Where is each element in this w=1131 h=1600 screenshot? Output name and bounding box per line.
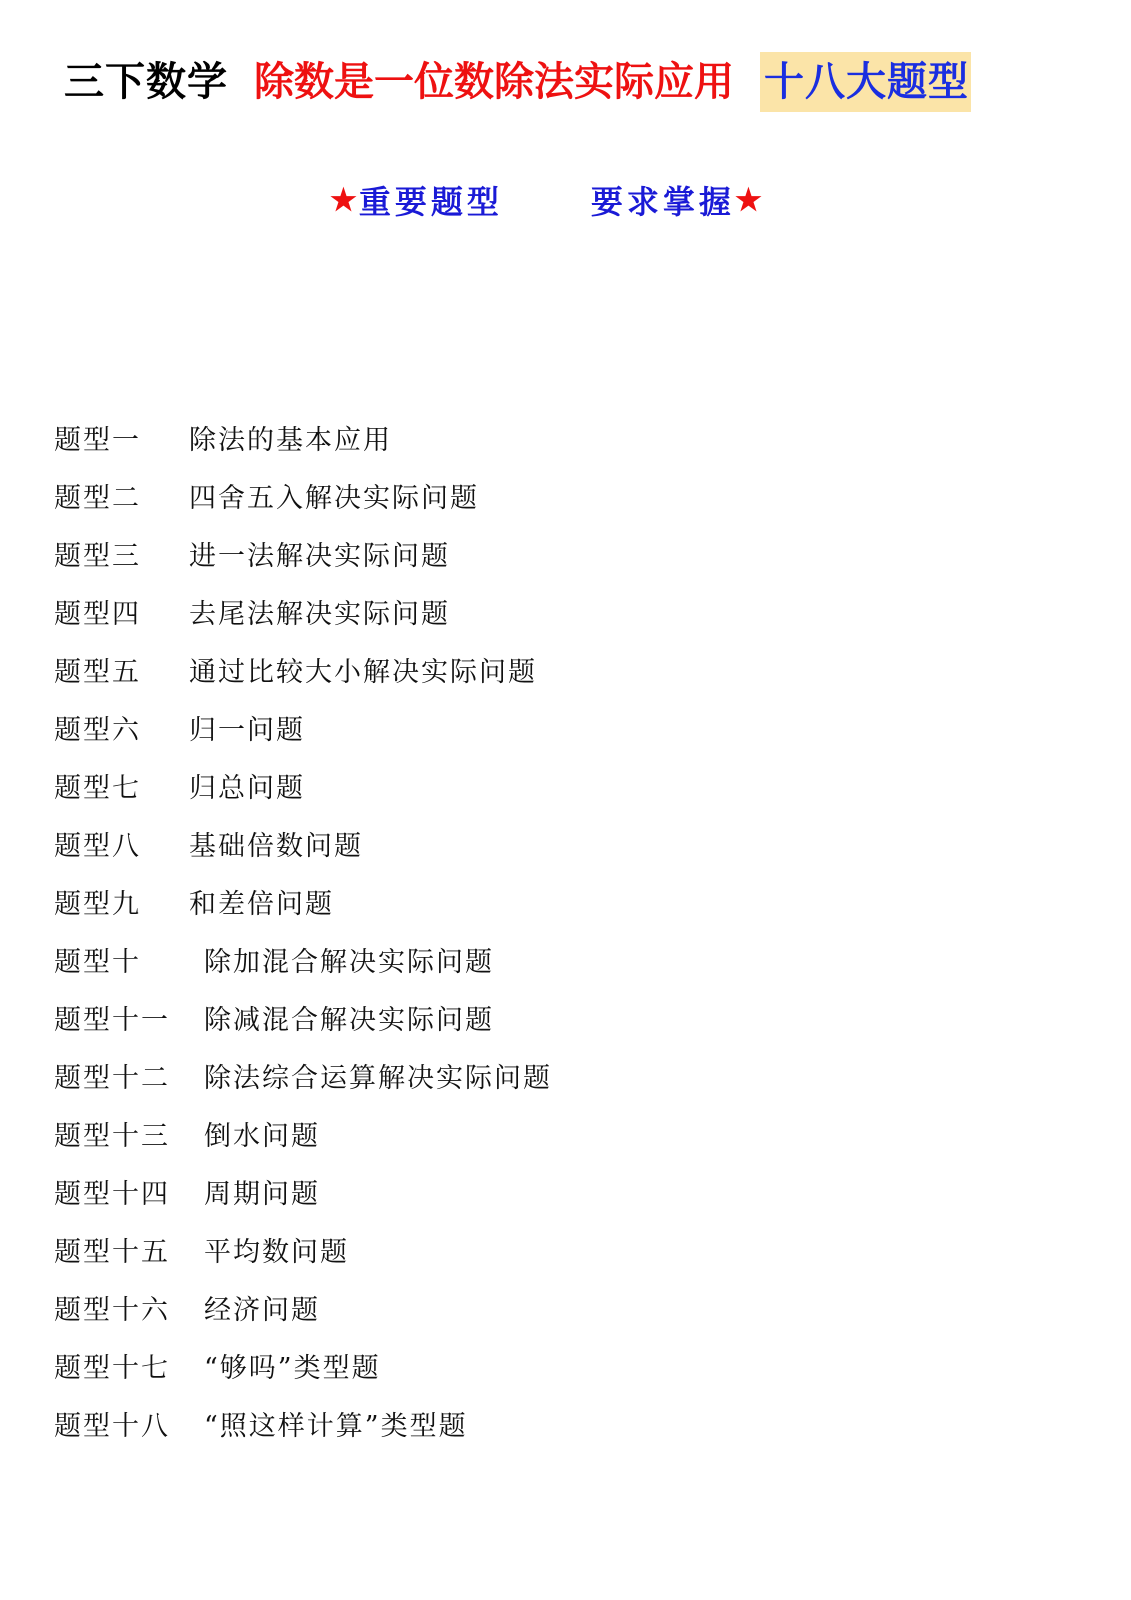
- topic-label: 题型八: [54, 824, 189, 863]
- topic-label: 题型七: [54, 766, 189, 805]
- topic-text: 进一法解决实际问题: [189, 534, 450, 573]
- list-item: 题型十一除减混合解决实际问题: [54, 988, 552, 1046]
- topic-text: 除减混合解决实际问题: [204, 998, 494, 1037]
- title-subject: 三下数学: [64, 52, 228, 112]
- topic-text: 四舍五入解决实际问题: [189, 476, 479, 515]
- list-item: 题型十六经济问题: [54, 1278, 552, 1336]
- topic-text: 除法的基本应用: [189, 418, 392, 457]
- topic-text: 倒水问题: [204, 1114, 320, 1153]
- subtitle: ★ 重要题型 要求掌握 ★: [330, 176, 762, 224]
- topic-text: 周期问题: [204, 1172, 320, 1211]
- topic-label: 题型二: [54, 476, 189, 515]
- topic-label: 题型十七: [54, 1346, 204, 1385]
- title-topic: 除数是一位数除法实际应用: [254, 52, 734, 112]
- subtitle-left: 重要题型: [359, 177, 503, 223]
- topic-text: 除法综合运算解决实际问题: [204, 1056, 552, 1095]
- topic-text: 和差倍问题: [189, 882, 334, 921]
- topic-label: 题型一: [54, 418, 189, 457]
- title-highlight: 十八大题型: [760, 52, 971, 112]
- list-item: 题型三进一法解决实际问题: [54, 524, 552, 582]
- topic-label: 题型四: [54, 592, 189, 631]
- topic-label: 题型十: [54, 940, 204, 979]
- topic-text: 基础倍数问题: [189, 824, 363, 863]
- list-item: 题型五通过比较大小解决实际问题: [54, 640, 552, 698]
- topic-text: “照这样计算”类型题: [204, 1404, 468, 1443]
- topic-label: 题型六: [54, 708, 189, 747]
- topic-text: 归一问题: [189, 708, 305, 747]
- topic-label: 题型十三: [54, 1114, 204, 1153]
- star-icon: ★: [330, 183, 357, 218]
- list-item: 题型十五平均数问题: [54, 1220, 552, 1278]
- topic-text: 归总问题: [189, 766, 305, 805]
- topic-label: 题型三: [54, 534, 189, 573]
- topic-list: 题型一除法的基本应用 题型二四舍五入解决实际问题 题型三进一法解决实际问题 题型…: [54, 408, 552, 1452]
- list-item: 题型一除法的基本应用: [54, 408, 552, 466]
- list-item: 题型七归总问题: [54, 756, 552, 814]
- topic-text: 通过比较大小解决实际问题: [189, 650, 537, 689]
- list-item: 题型四去尾法解决实际问题: [54, 582, 552, 640]
- list-item: 题型二四舍五入解决实际问题: [54, 466, 552, 524]
- list-item: 题型十二除法综合运算解决实际问题: [54, 1046, 552, 1104]
- topic-label: 题型十二: [54, 1056, 204, 1095]
- topic-label: 题型十八: [54, 1404, 204, 1443]
- list-item: 题型六归一问题: [54, 698, 552, 756]
- topic-label: 题型九: [54, 882, 189, 921]
- topic-text: 平均数问题: [204, 1230, 349, 1269]
- topic-label: 题型十五: [54, 1230, 204, 1269]
- topic-label: 题型五: [54, 650, 189, 689]
- topic-label: 题型十六: [54, 1288, 204, 1327]
- topic-text: 经济问题: [204, 1288, 320, 1327]
- list-item: 题型十四周期问题: [54, 1162, 552, 1220]
- list-item: 题型八基础倍数问题: [54, 814, 552, 872]
- subtitle-right: 要求掌握: [591, 177, 735, 223]
- list-item: 题型九和差倍问题: [54, 872, 552, 930]
- list-item: 题型十八“照这样计算”类型题: [54, 1394, 552, 1452]
- topic-label: 题型十一: [54, 998, 204, 1037]
- topic-text: 除加混合解决实际问题: [204, 940, 494, 979]
- star-icon: ★: [735, 183, 762, 218]
- list-item: 题型十三倒水问题: [54, 1104, 552, 1162]
- topic-text: “够吗”类型题: [204, 1346, 381, 1385]
- topic-label: 题型十四: [54, 1172, 204, 1211]
- topic-text: 去尾法解决实际问题: [189, 592, 450, 631]
- list-item: 题型十除加混合解决实际问题: [54, 930, 552, 988]
- page-title: 三下数学 除数是一位数除法实际应用 十八大题型: [64, 52, 971, 112]
- list-item: 题型十七“够吗”类型题: [54, 1336, 552, 1394]
